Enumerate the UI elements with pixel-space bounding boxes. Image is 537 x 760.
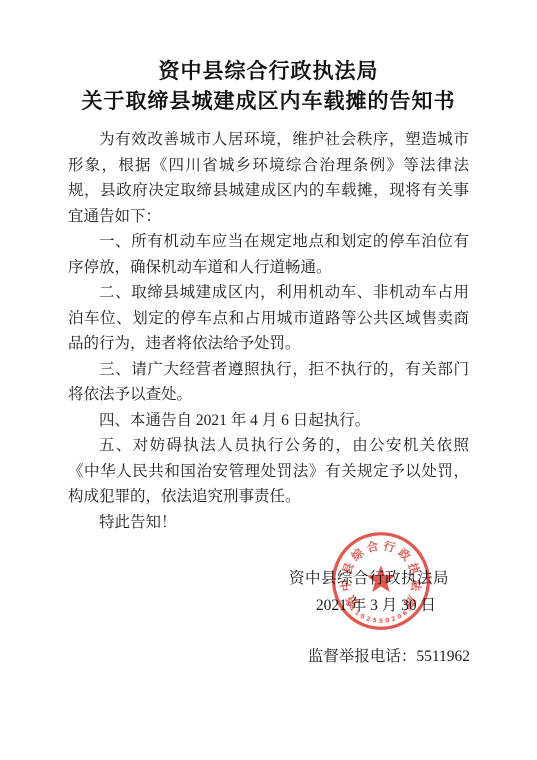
paragraph-item-2: 二、取缔县城建成区内，利用机动车、非机动车占用泊车位、划定的停车点和占用城市道路… (68, 280, 469, 357)
paragraph-item-1: 一、所有机动车应当在规定地点和划定的停车泊位有序停放，确保机动车道和人行道畅通。 (68, 229, 469, 280)
paragraph-closing: 特此告知！ (68, 510, 469, 536)
svg-text:政: 政 (395, 545, 414, 564)
svg-text:综: 综 (349, 545, 367, 563)
document-title: 资中县综合行政执法局 关于取缔县城建成区内车载摊的告知书 (0, 0, 537, 116)
svg-text:5: 5 (372, 617, 377, 625)
document-body: 为有效改善城市人居环境，维护社会秩序，塑造城市形象，根据《四川省城乡环境综合治理… (68, 127, 469, 535)
title-subject-line: 关于取缔县城建成区内车载摊的告知书 (0, 86, 537, 116)
svg-text:行: 行 (382, 539, 397, 555)
svg-text:5: 5 (379, 618, 383, 625)
paragraph-item-4: 四、本通告自 2021 年 4 月 6 日起执行。 (68, 408, 469, 434)
signature-date: 2021 年 3 月 30 日 (0, 593, 436, 615)
svg-text:2: 2 (365, 615, 371, 623)
document-page: 资中县综合行政执法局 关于取缔县城建成区内车载摊的告知书 为有效改善城市人居环境… (0, 0, 537, 760)
svg-text:2: 2 (391, 615, 397, 623)
svg-text:合: 合 (365, 538, 380, 554)
title-agency-line: 资中县综合行政执法局 (0, 56, 537, 86)
paragraph-intro: 为有效改善城市人居环境，维护社会秩序，塑造城市形象，根据《四川省城乡环境综合治理… (68, 127, 469, 229)
signature-agency: 资中县综合行政执法局 (0, 566, 449, 588)
svg-text:0: 0 (385, 617, 390, 625)
paragraph-item-3: 三、请广大经营者遵照执行，拒不执行的，有关部门将依法予以查处。 (68, 357, 469, 408)
paragraph-item-5: 五、对妨碍执法人员执行公务的，由公安机关依照《中华人民共和国治安管理处罚法》有关… (68, 433, 469, 510)
supervision-hotline: 监督举报电话：5511962 (0, 644, 470, 666)
